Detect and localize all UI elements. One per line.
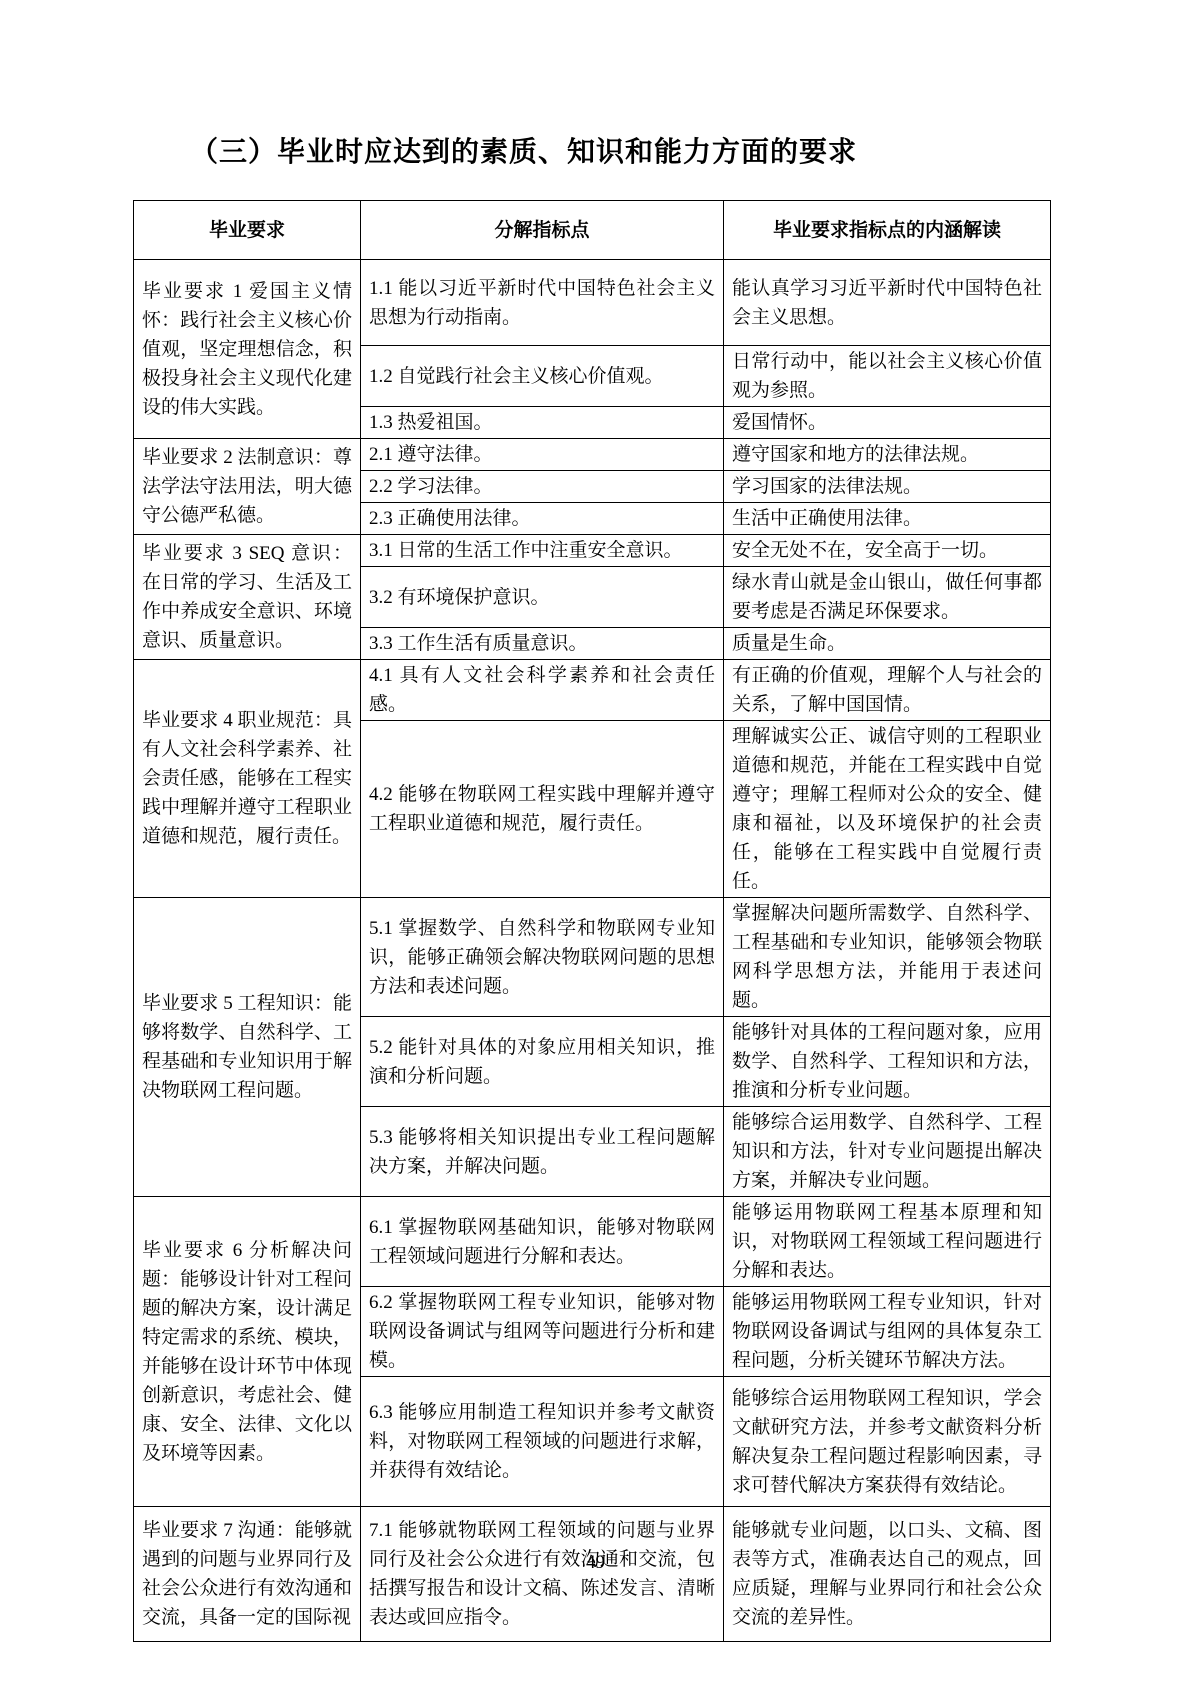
interpretation-cell: 有正确的价值观，理解个人与社会的关系，了解中国国情。 bbox=[724, 660, 1051, 721]
page-number: 49 bbox=[0, 1552, 1191, 1574]
table-row: 毕业要求 2 法制意识：尊法学法守法用法，明大德守公德严私德。2.1 遵守法律。… bbox=[134, 439, 1051, 471]
table-row: 毕业要求 5 工程知识：能够将数学、自然科学、工程基础和专业知识用于解决物联网工… bbox=[134, 898, 1051, 1017]
column-header-interpretation: 毕业要求指标点的内涵解读 bbox=[724, 201, 1051, 260]
table-row: 毕业要求 1 爱国主义情怀：践行社会主义核心价值观，坚定理想信念，积极投身社会主… bbox=[134, 260, 1051, 346]
indicator-cell: 7.1 能够就物联网工程领域的问题与业界同行及社会公众进行有效沟通和交流，包括撰… bbox=[361, 1507, 724, 1642]
interpretation-cell: 理解诚实公正、诚信守则的工程职业道德和规范，并能在工程实践中自觉遵守；理解工程师… bbox=[724, 721, 1051, 898]
indicator-cell: 2.1 遵守法律。 bbox=[361, 439, 724, 471]
indicator-cell: 5.1 掌握数学、自然科学和物联网专业知识，能够正确领会解决物联网问题的思想方法… bbox=[361, 898, 724, 1017]
table-header-row: 毕业要求 分解指标点 毕业要求指标点的内涵解读 bbox=[134, 201, 1051, 260]
table-row: 毕业要求 6 分析解决问题：能够设计针对工程问题的解决方案，设计满足特定需求的系… bbox=[134, 1197, 1051, 1287]
table-body: 毕业要求 1 爱国主义情怀：践行社会主义核心价值观，坚定理想信念，积极投身社会主… bbox=[134, 260, 1051, 1642]
indicator-cell: 4.2 能够在物联网工程实践中理解并遵守工程职业道德和规范，履行责任。 bbox=[361, 721, 724, 898]
graduation-requirements-table: 毕业要求 分解指标点 毕业要求指标点的内涵解读 毕业要求 1 爱国主义情怀：践行… bbox=[133, 200, 1051, 1642]
indicator-cell: 2.3 正确使用法律。 bbox=[361, 503, 724, 535]
indicator-cell: 6.1 掌握物联网基础知识，能够对物联网工程领域问题进行分解和表达。 bbox=[361, 1197, 724, 1287]
indicator-cell: 3.3 工作生活有质量意识。 bbox=[361, 628, 724, 660]
indicator-cell: 1.1 能以习近平新时代中国特色社会主义思想为行动指南。 bbox=[361, 260, 724, 346]
column-header-requirement: 毕业要求 bbox=[134, 201, 361, 260]
interpretation-cell: 爱国情怀。 bbox=[724, 407, 1051, 439]
interpretation-cell: 日常行动中，能以社会主义核心价值观为参照。 bbox=[724, 346, 1051, 407]
requirement-cell: 毕业要求 6 分析解决问题：能够设计针对工程问题的解决方案，设计满足特定需求的系… bbox=[134, 1197, 361, 1507]
table-row: 毕业要求 4 职业规范：具有人文社会科学素养、社会责任感，能够在工程实践中理解并… bbox=[134, 660, 1051, 721]
interpretation-cell: 能够就专业问题，以口头、文稿、图表等方式，准确表达自己的观点，回应质疑，理解与业… bbox=[724, 1507, 1051, 1642]
indicator-cell: 5.2 能针对具体的对象应用相关知识，推演和分析问题。 bbox=[361, 1017, 724, 1107]
interpretation-cell: 能够综合运用物联网工程知识，学会文献研究方法，并参考文献资料分析解决复杂工程问题… bbox=[724, 1377, 1051, 1507]
interpretation-cell: 能够运用物联网工程专业知识，针对物联网设备调试与组网的具体复杂工程问题，分析关键… bbox=[724, 1287, 1051, 1377]
interpretation-cell: 质量是生命。 bbox=[724, 628, 1051, 660]
document-page: （三）毕业时应达到的素质、知识和能力方面的要求 毕业要求 分解指标点 毕业要求指… bbox=[0, 0, 1191, 1684]
table-row: 毕业要求 7 沟通：能够就遇到的问题与业界同行及社会公众进行有效沟通和交流，具备… bbox=[134, 1507, 1051, 1642]
indicator-cell: 4.1 具有人文社会科学素养和社会责任感。 bbox=[361, 660, 724, 721]
indicator-cell: 3.2 有环境保护意识。 bbox=[361, 567, 724, 628]
interpretation-cell: 遵守国家和地方的法律法规。 bbox=[724, 439, 1051, 471]
interpretation-cell: 掌握解决问题所需数学、自然科学、工程基础和专业知识，能够领会物联网科学思想方法，… bbox=[724, 898, 1051, 1017]
section-title: （三）毕业时应达到的素质、知识和能力方面的要求 bbox=[190, 130, 857, 170]
indicator-cell: 1.3 热爱祖国。 bbox=[361, 407, 724, 439]
requirement-cell: 毕业要求 3 SEQ 意识：在日常的学习、生活及工作中养成安全意识、环境意识、质… bbox=[134, 535, 361, 660]
requirement-cell: 毕业要求 7 沟通：能够就遇到的问题与业界同行及社会公众进行有效沟通和交流，具备… bbox=[134, 1507, 361, 1642]
indicator-cell: 6.3 能够应用制造工程知识并参考文献资料，对物联网工程领域的问题进行求解，并获… bbox=[361, 1377, 724, 1507]
table-row: 毕业要求 3 SEQ 意识：在日常的学习、生活及工作中养成安全意识、环境意识、质… bbox=[134, 535, 1051, 567]
interpretation-cell: 能够综合运用数学、自然科学、工程知识和方法，针对专业问题提出解决方案，并解决专业… bbox=[724, 1107, 1051, 1197]
interpretation-cell: 能认真学习习近平新时代中国特色社会主义思想。 bbox=[724, 260, 1051, 346]
indicator-cell: 6.2 掌握物联网工程专业知识，能够对物联网设备调试与组网等问题进行分析和建模。 bbox=[361, 1287, 724, 1377]
interpretation-cell: 能够运用物联网工程基本原理和知识，对物联网工程领域工程问题进行分解和表达。 bbox=[724, 1197, 1051, 1287]
interpretation-cell: 绿水青山就是金山银山，做任何事都要考虑是否满足环保要求。 bbox=[724, 567, 1051, 628]
requirement-cell: 毕业要求 5 工程知识：能够将数学、自然科学、工程基础和专业知识用于解决物联网工… bbox=[134, 898, 361, 1197]
indicator-cell: 2.2 学习法律。 bbox=[361, 471, 724, 503]
interpretation-cell: 安全无处不在，安全高于一切。 bbox=[724, 535, 1051, 567]
requirement-cell: 毕业要求 4 职业规范：具有人文社会科学素养、社会责任感，能够在工程实践中理解并… bbox=[134, 660, 361, 898]
interpretation-cell: 学习国家的法律法规。 bbox=[724, 471, 1051, 503]
indicator-cell: 3.1 日常的生活工作中注重安全意识。 bbox=[361, 535, 724, 567]
indicator-cell: 1.2 自觉践行社会主义核心价值观。 bbox=[361, 346, 724, 407]
requirement-cell: 毕业要求 2 法制意识：尊法学法守法用法，明大德守公德严私德。 bbox=[134, 439, 361, 535]
requirement-cell: 毕业要求 1 爱国主义情怀：践行社会主义核心价值观，坚定理想信念，积极投身社会主… bbox=[134, 260, 361, 439]
column-header-indicator: 分解指标点 bbox=[361, 201, 724, 260]
indicator-cell: 5.3 能够将相关知识提出专业工程问题解决方案，并解决问题。 bbox=[361, 1107, 724, 1197]
interpretation-cell: 生活中正确使用法律。 bbox=[724, 503, 1051, 535]
interpretation-cell: 能够针对具体的工程问题对象，应用数学、自然科学、工程知识和方法，推演和分析专业问… bbox=[724, 1017, 1051, 1107]
